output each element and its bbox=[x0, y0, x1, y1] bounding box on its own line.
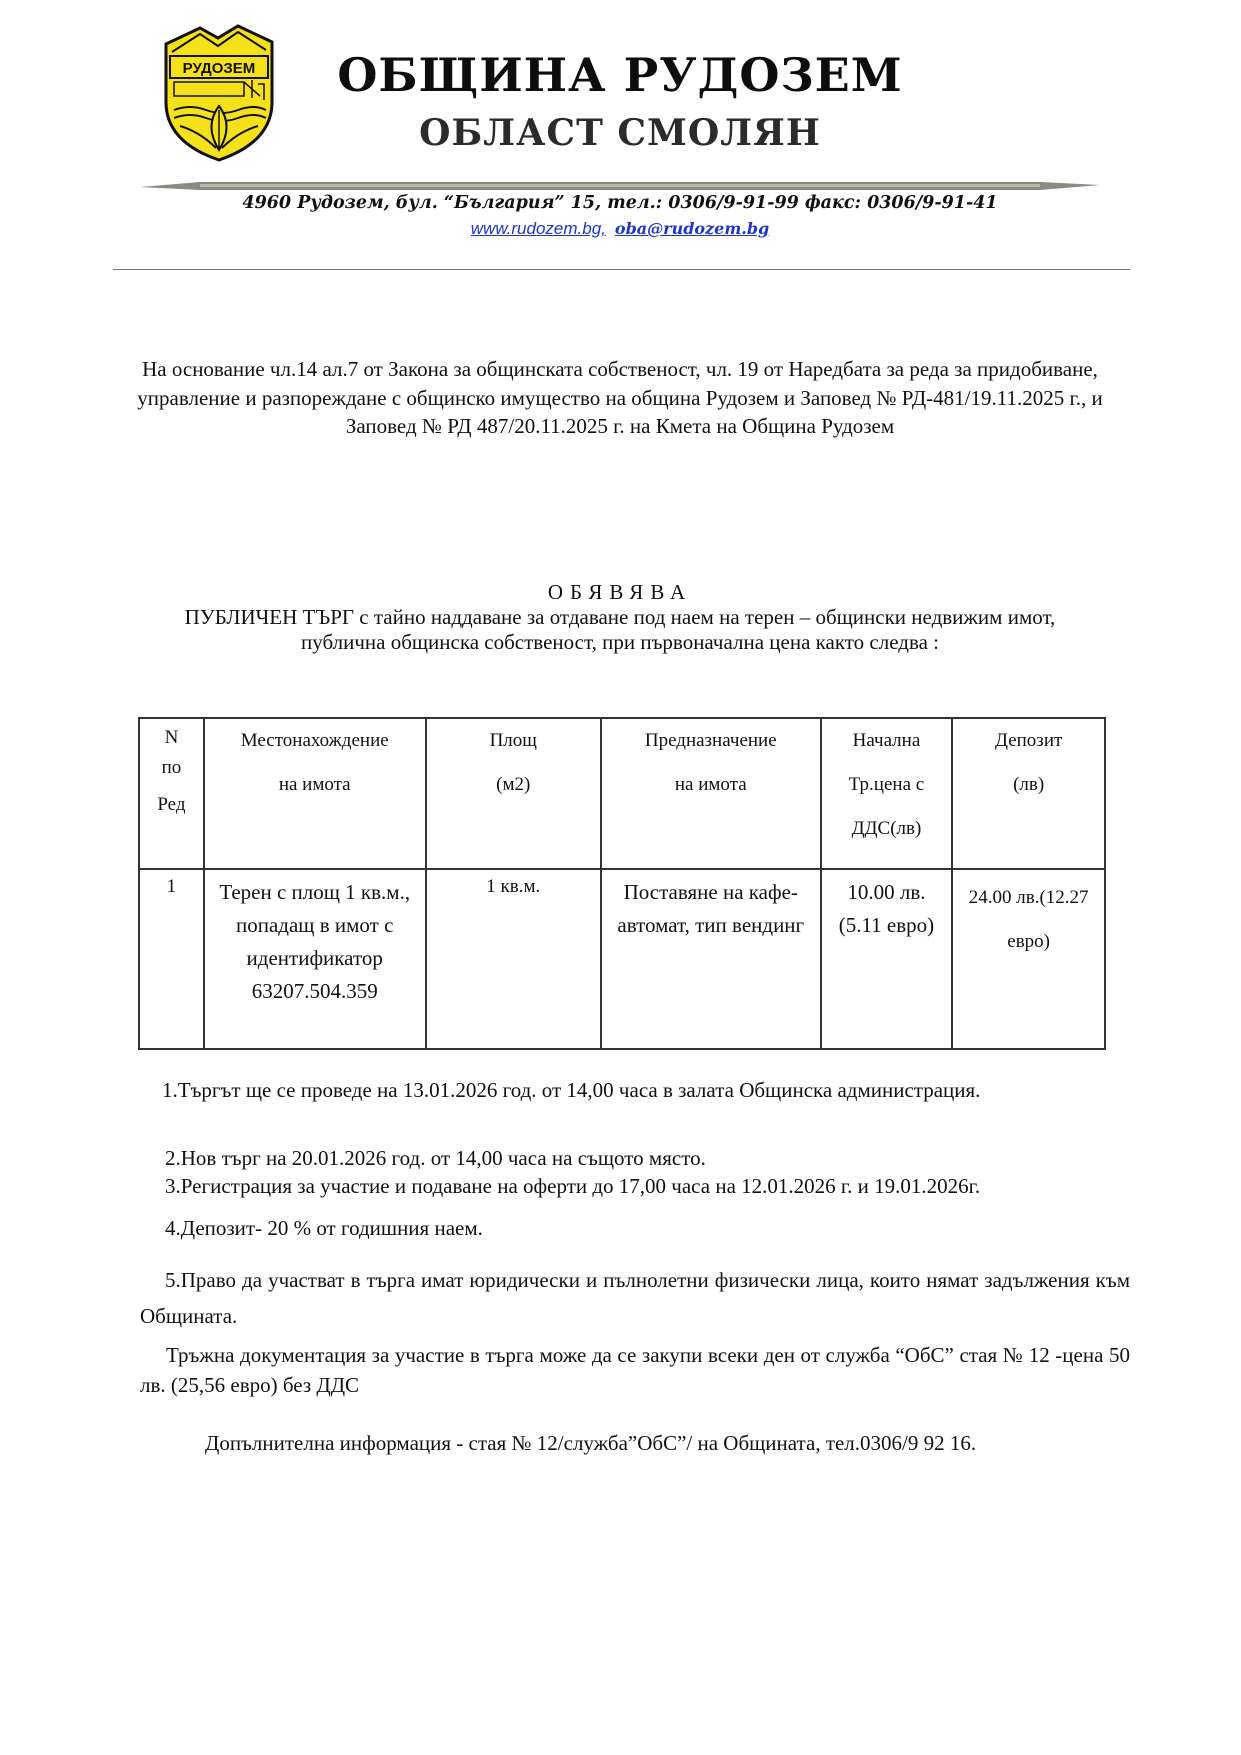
header-location: Местонахождениена имота bbox=[204, 718, 426, 869]
section-divider bbox=[113, 269, 1130, 270]
cell-number: 1 bbox=[139, 869, 204, 1049]
header-row-number: NпоРед bbox=[139, 718, 204, 869]
header-area: Площ(м2) bbox=[426, 718, 601, 869]
announcement: ОБЯВЯВА ПУБЛИЧЕН ТЪРГ с тайно наддаване … bbox=[140, 580, 1100, 655]
header-deposit: Депозит(лв) bbox=[952, 718, 1105, 869]
cell-area: 1 кв.м. bbox=[426, 869, 601, 1049]
contact-links: www.rudozem.bg, oba@rudozem.bg bbox=[130, 218, 1110, 239]
legal-basis-paragraph: На основание чл.14 ал.7 от Закона за общ… bbox=[110, 355, 1130, 441]
header-divider bbox=[140, 178, 1100, 188]
municipality-crest-logo: РУДОЗЕМ bbox=[160, 22, 278, 162]
header-purpose: Предназначениена имота bbox=[601, 718, 821, 869]
table-row: 1 Терен с площ 1 кв.м., попадащ в имот с… bbox=[139, 869, 1105, 1049]
auction-table: NпоРед Местонахождениена имота Площ(м2) … bbox=[138, 717, 1106, 1050]
email-link[interactable]: oba@rudozem.bg bbox=[615, 219, 769, 238]
cell-location: Терен с площ 1 кв.м., попадащ в имот с и… bbox=[204, 869, 426, 1049]
header-start-price: НачалнаТр.цена сДДС(лв) bbox=[821, 718, 953, 869]
cell-purpose: Поставяне на кафе-автомат, тип вендинг bbox=[601, 869, 821, 1049]
contact-info: Допълнителна информация - стая № 12/служ… bbox=[205, 1428, 1125, 1458]
table-header-row: NпоРед Местонахождениена имота Площ(м2) … bbox=[139, 718, 1105, 869]
municipality-title: ОБЩИНА РУДОЗЕМ bbox=[290, 48, 950, 102]
svg-text:РУДОЗЕМ: РУДОЗЕМ bbox=[183, 60, 256, 77]
cell-start-price: 10.00 лв. (5.11 евро) bbox=[821, 869, 953, 1049]
term-3: 3.Регистрация за участие и подаване на о… bbox=[165, 1171, 1165, 1201]
term-5: 5.Право да участват в търга имат юридиче… bbox=[140, 1262, 1130, 1334]
cell-deposit: 24.00 лв.(12.27 евро) bbox=[952, 869, 1105, 1049]
term-4: 4.Депозит- 20 % от годишния наем. bbox=[140, 1213, 1130, 1243]
term-1: 1.Търгът ще се проведе на 13.01.2026 год… bbox=[140, 1075, 1130, 1105]
announcement-text: ПУБЛИЧЕН ТЪРГ с тайно наддаване за отдав… bbox=[140, 605, 1100, 655]
region-title: ОБЛАСТ СМОЛЯН bbox=[290, 112, 950, 154]
announcement-heading: ОБЯВЯВА bbox=[140, 580, 1100, 605]
documentation-note: Тръжна документация за участие в търга м… bbox=[140, 1340, 1130, 1400]
contact-address: 4960 Рудозем, бул. “България” 15, тел.: … bbox=[130, 193, 1110, 213]
website-link[interactable]: www.rudozem.bg, bbox=[471, 219, 606, 238]
term-2: 2.Нов търг на 20.01.2026 год. от 14,00 ч… bbox=[140, 1143, 1130, 1173]
